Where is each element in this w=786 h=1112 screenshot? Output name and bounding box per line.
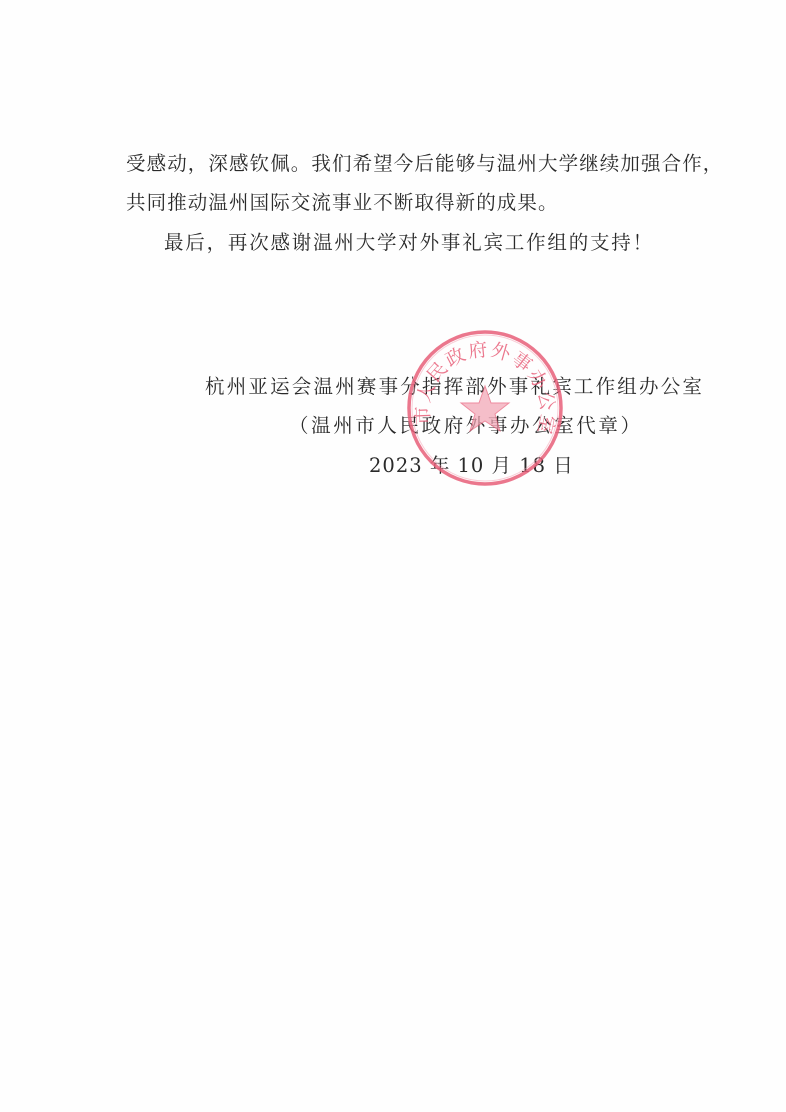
document-page: 受感动，深感钦佩。我们希望今后能够与温州大学继续加强合作， 共同推动温州国际交流… [0, 0, 786, 1112]
body-paragraph-line-1: 受感动，深感钦佩。我们希望今后能够与温州大学继续加强合作， [126, 150, 723, 178]
signature-seal-note: （温州市人民政府外事办公室代章） [289, 412, 643, 440]
closing-thanks-line: 最后，再次感谢温州大学对外事礼宾工作组的支持！ [164, 229, 654, 257]
signature-date: 2023 年 10 月 18 日 [369, 452, 574, 480]
body-paragraph-line-2: 共同推动温州国际交流事业不断取得新的成果。 [126, 189, 559, 217]
signature-organization: 杭州亚运会温州赛事分指挥部外事礼宾工作组办公室 [205, 373, 704, 401]
